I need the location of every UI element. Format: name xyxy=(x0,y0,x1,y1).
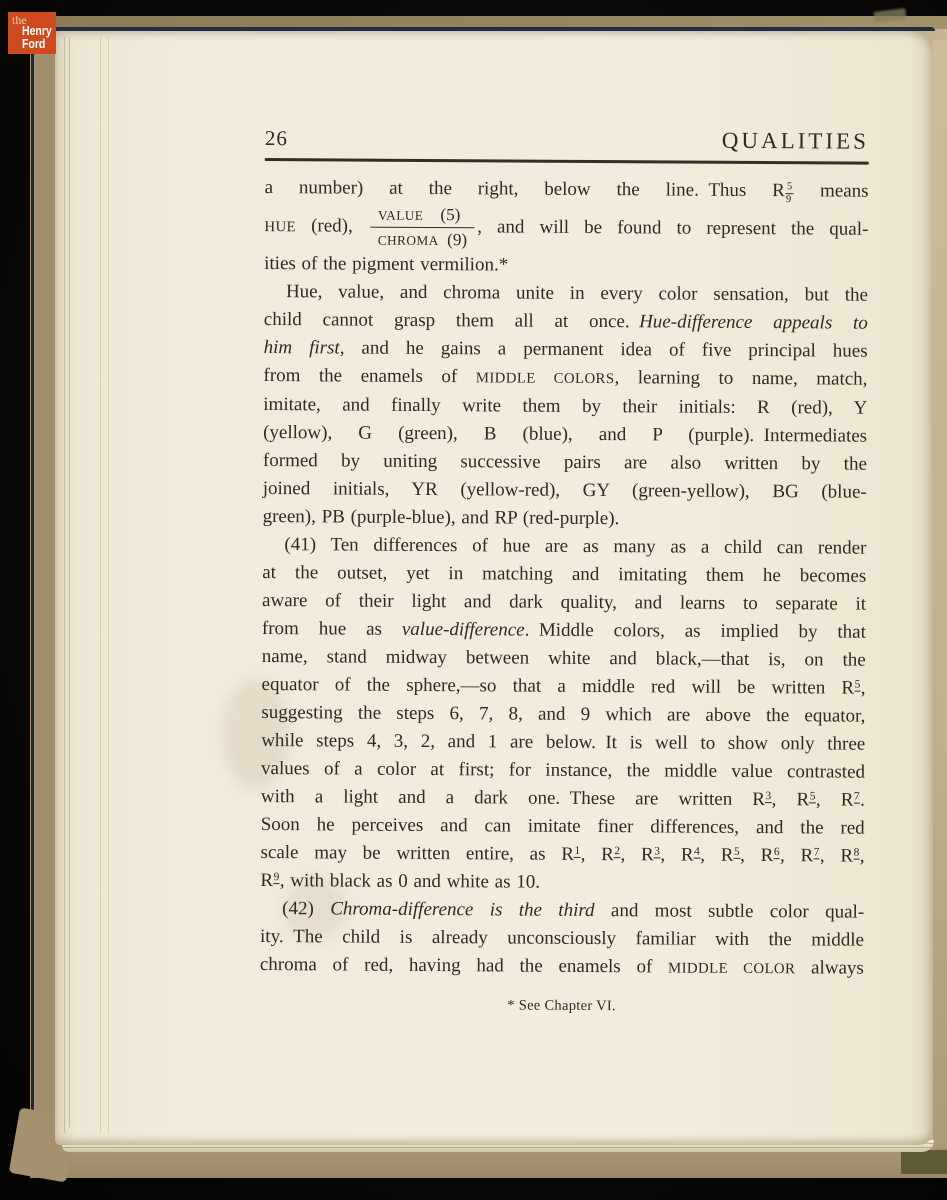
text-line: green), PB (purple-blue), and RP (red-pu… xyxy=(263,503,867,535)
footnote: * See Chapter VI. xyxy=(260,996,864,1017)
text-line: child cannot grasp them all at once. Hue… xyxy=(264,306,868,338)
scanned-book-photo: 26 QUALITIES a number) at the right, bel… xyxy=(0,0,947,1200)
text-line: (yellow), G (green), B (blue), and P (pu… xyxy=(263,419,867,451)
page-edge-ridge xyxy=(69,37,70,1127)
cover-dark-patch xyxy=(901,1150,947,1174)
running-title: QUALITIES xyxy=(722,128,869,155)
page-edge-ridge xyxy=(64,37,65,1133)
text-line: ity. The child is already unconsciously … xyxy=(260,923,864,955)
text-line: imitate, and finally write them by their… xyxy=(263,391,867,423)
page-edge-line xyxy=(62,1147,934,1148)
text-line: R9, with black as 0 and white as 10. xyxy=(260,867,864,899)
text-line: Hue, value, and chroma unite in every co… xyxy=(264,278,868,310)
logo-ford: Ford xyxy=(22,37,45,51)
header-rule xyxy=(265,158,869,165)
text-line: while steps 4, 3, 2, and 1 are below. It… xyxy=(261,727,865,759)
book-page: 26 QUALITIES a number) at the right, bel… xyxy=(55,31,933,1145)
text-line: aware of their light and dark quality, a… xyxy=(262,587,866,619)
text-line: with a light and a dark one. These are w… xyxy=(261,783,865,815)
printed-content: 26 QUALITIES a number) at the right, bel… xyxy=(260,125,869,1017)
page-edge-ridge xyxy=(108,37,109,1133)
paragraph: (42) Chroma-difference is the third and … xyxy=(260,895,865,984)
text-line: joined initials, YR (yellow-red), GY (gr… xyxy=(263,475,867,507)
text-line: Soon he perceives and can imitate finer … xyxy=(261,811,865,843)
text-line: scale may be written entire, as R1, R2, … xyxy=(260,839,864,871)
text-line: values of a color at first; for instance… xyxy=(261,755,865,787)
book-cover-bottom-edge xyxy=(30,1148,947,1178)
logo-henry: Henry xyxy=(22,24,52,38)
text-line: from hue as value-difference. Middle col… xyxy=(262,615,866,647)
text-line: from the enamels of middle colors, learn… xyxy=(263,362,867,395)
running-header: 26 QUALITIES xyxy=(265,125,869,155)
page-number: 26 xyxy=(265,126,288,151)
page-edge-ridge xyxy=(100,37,101,1133)
text-line: (42) Chroma-difference is the third and … xyxy=(260,895,864,927)
text-line: name, stand midway between white and bla… xyxy=(262,643,866,675)
text-line: a number) at the right, below the line. … xyxy=(265,174,869,206)
text-line: hue (red), value (5)chroma (9), and will… xyxy=(264,203,868,254)
text-line: (41) Ten differences of hue are as many … xyxy=(262,531,866,563)
body-text: a number) at the right, below the line. … xyxy=(260,174,869,984)
cover-cloth-edge-left xyxy=(31,16,34,1168)
paragraph: a number) at the right, below the line. … xyxy=(264,174,869,282)
text-line: ities of the pigment vermilion.* xyxy=(264,250,868,282)
text-line: at the outset, yet in matching and imita… xyxy=(262,559,866,591)
text-line: formed by uniting successive pairs are a… xyxy=(263,447,867,479)
text-line: suggesting the steps 6, 7, 8, and 9 whic… xyxy=(261,699,865,731)
paragraph: (41) Ten differences of hue are as many … xyxy=(260,531,866,899)
text-line: him first, and he gains a permanent idea… xyxy=(264,334,868,366)
text-line: equator of the sphere,—so that a middle … xyxy=(261,671,865,703)
paragraph: Hue, value, and chroma unite in every co… xyxy=(263,278,869,535)
text-line: chroma of red, having had the enamels of… xyxy=(260,951,864,984)
henry-ford-logo: the Henry Ford xyxy=(8,12,56,54)
book-cover-right-edge xyxy=(933,40,947,1166)
